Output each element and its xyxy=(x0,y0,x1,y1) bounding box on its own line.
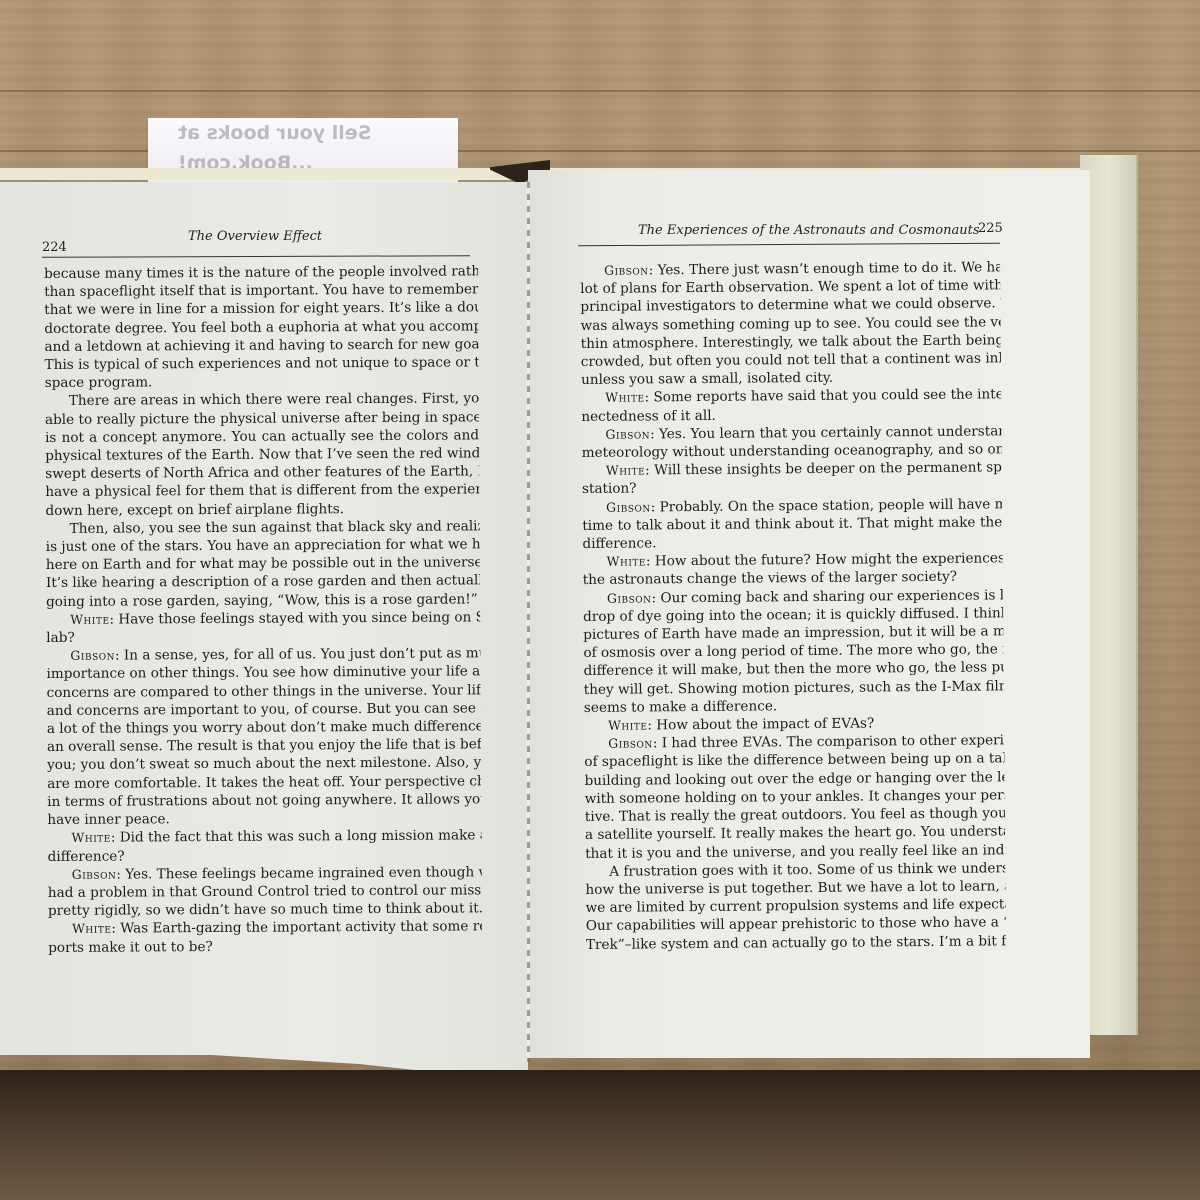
text-line: There are areas in which there were real… xyxy=(45,390,479,411)
text-line: This is typical of such experiences and … xyxy=(45,353,479,374)
speaker-label: White xyxy=(608,718,647,733)
speaker-label: Gibson xyxy=(607,590,652,605)
table-shadow xyxy=(0,1070,1200,1200)
gutter-stitching xyxy=(527,182,530,1062)
speaker-label: White xyxy=(605,390,644,405)
right-page-body: Gibson: Yes. There just wasn’t enough ti… xyxy=(580,258,1006,953)
bookmark-text-line1: Sell your books at xyxy=(178,122,438,144)
text-line: time to talk about it and think about it… xyxy=(582,513,1002,535)
text-line: they will get. Showing motion pictures, … xyxy=(584,677,1004,699)
text-line: White: Did the fact that this was such a… xyxy=(47,827,481,848)
text-line: importance on other things. You see how … xyxy=(46,663,480,684)
wood-grain-line xyxy=(0,90,1200,92)
speaker-label: White xyxy=(606,463,645,478)
text-line: White: Have those feelings stayed with y… xyxy=(46,608,480,629)
text-line: that we were in line for a mission for e… xyxy=(44,299,478,320)
text-line: have a physical feel for them that is di… xyxy=(45,481,479,502)
speaker-label: Gibson xyxy=(70,648,115,663)
speaker-label: White xyxy=(72,921,111,936)
text-line: It’s like hearing a description of a ros… xyxy=(46,572,480,593)
running-head-right: The Experiences of the Astronauts and Co… xyxy=(638,223,980,238)
speaker-label: Gibson xyxy=(604,262,649,277)
running-head-left: The Overview Effect xyxy=(188,229,322,244)
speaker-label: White xyxy=(607,554,646,569)
text-line: doctorate degree. You feel both a euphor… xyxy=(44,317,478,338)
speaker-label: White xyxy=(70,611,109,626)
left-page-body: because many times it is the nature of t… xyxy=(44,262,482,956)
text-line: in terms of frustrations about not going… xyxy=(47,790,481,811)
speaker-label: Gibson xyxy=(72,866,117,881)
speaker-label: Gibson xyxy=(606,499,651,514)
speaker-label: Gibson xyxy=(605,426,650,441)
speaker-label: Gibson xyxy=(608,736,653,751)
text-line: White: Was Earth-gazing the important ac… xyxy=(48,918,482,939)
text-line: able to really picture the physical univ… xyxy=(45,408,479,429)
text-line: Trek”–like system and can actually go to… xyxy=(586,932,1006,954)
text-line: White: Some reports have said that you c… xyxy=(581,386,1001,408)
page-number-right: 225 xyxy=(978,221,1003,236)
page-number-left: 224 xyxy=(42,240,67,255)
speaker-label: White xyxy=(71,830,110,845)
text-line: you; you don’t sweat so much about the n… xyxy=(47,754,481,775)
text-line: ports make it out to be? xyxy=(48,936,482,957)
